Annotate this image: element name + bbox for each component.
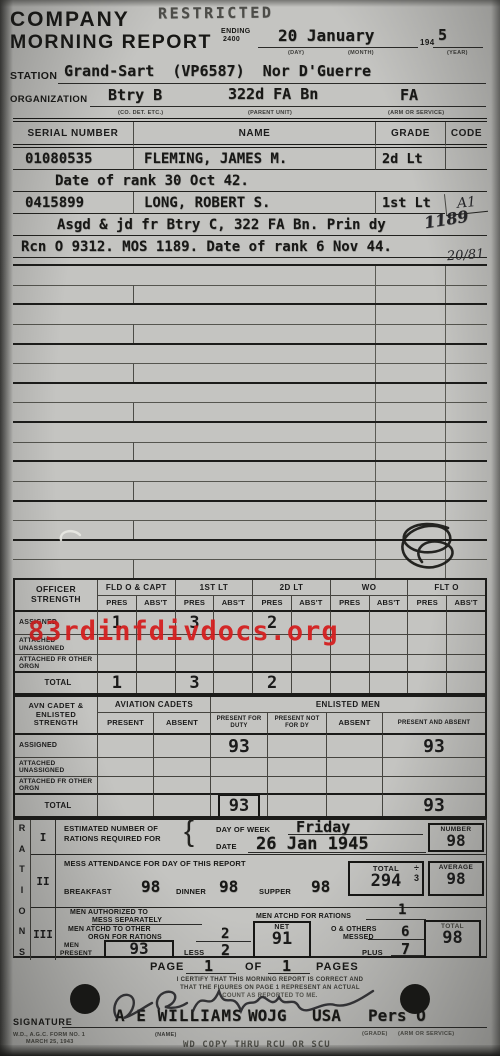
roster-header-grade: GRADE [375, 122, 445, 148]
mess-attendance-title: MESS ATTENDANCE FOR DAY OF THIS REPORT [64, 859, 246, 868]
enlisted-cell [382, 776, 485, 793]
rule [391, 943, 426, 956]
side-letter: N [19, 926, 26, 936]
signature-script [105, 980, 380, 1028]
net-box: NET 91 [253, 921, 311, 958]
roster-serial: 01080535 [13, 148, 133, 170]
org-parent-caption: (PARENT UNIT) [248, 110, 292, 116]
officer-cell [446, 634, 485, 654]
ending-time: 2400 [223, 36, 240, 43]
enlisted-strength-table: AVN CADET & ENLISTED STRENGTH AVIATION C… [13, 695, 487, 818]
officer-cell [330, 654, 369, 671]
supper-label: SUPPER [259, 887, 291, 896]
enlisted-total-cell: 93 [382, 793, 485, 816]
row-attached-fr-other-label: ATTACHED FR OTHER ORGN [15, 654, 97, 671]
row-total-label: TOTAL [15, 671, 97, 693]
organization-rule [90, 90, 486, 107]
officer-cell [369, 634, 408, 654]
photo-edge-right [491, 0, 500, 1056]
month-caption: (MONTH) [348, 50, 374, 56]
col-pres: PRES [175, 595, 214, 610]
enlisted-assigned-cell [267, 733, 326, 757]
photo-edge-top [0, 0, 500, 7]
rule [366, 907, 426, 920]
side-letter: T [19, 864, 25, 874]
enlisted-total-cell: 93 [210, 793, 267, 816]
rations-total-box: TOTAL 98 [424, 920, 481, 958]
officer-total-cell [446, 671, 485, 693]
officer-assigned-cell [407, 610, 446, 634]
enlisted-cell [326, 776, 382, 793]
rule [368, 927, 426, 940]
enlisted-cell [267, 776, 326, 793]
punch-hole-right [400, 984, 430, 1014]
divide-by: 3 [414, 874, 419, 884]
ending-label: ENDING [221, 28, 251, 35]
date-rule [258, 30, 418, 48]
roster-grade: 2d Lt [375, 148, 445, 170]
rations-side-label: R A T I O N S [14, 820, 31, 960]
org-unit-caption: (CO. DET. ETC.) [118, 110, 163, 116]
roster-header-name: NAME [133, 122, 375, 148]
rule [268, 958, 310, 974]
roster-name: FLEMING, JAMES M. [133, 148, 375, 170]
rations-row-3: MEN AUTHORIZED TO MESS SEPARATELY MEN AT… [56, 907, 486, 960]
officer-group-fldo-capt: FLD O & CAPT [97, 580, 175, 595]
col-pres: PRES [330, 595, 369, 610]
section-numeral-3: III [31, 907, 56, 960]
rule [248, 836, 426, 853]
officer-group-1st-lt: 1ST LT [175, 580, 253, 595]
row-assigned-label: ASSIGNED [15, 733, 97, 757]
breakfast-value: 98 [141, 877, 160, 896]
side-letter: O [18, 906, 25, 916]
roster-note: Date of rank 30 Oct 42. [13, 170, 487, 192]
organization-label: ORGANIZATION [10, 94, 87, 105]
page-label: PAGE [150, 961, 184, 973]
margin-handwritten-note: 20/81 [446, 247, 484, 265]
year-caption: (YEAR) [447, 50, 468, 56]
officer-assigned-cell [446, 610, 485, 634]
ruled-row [13, 382, 487, 421]
number-box: NUMBER 98 [428, 823, 484, 852]
archive-watermark: 83rdinfdivdocs.org [28, 616, 339, 647]
pages-label: PAGES [316, 961, 359, 973]
enlisted-cell [97, 757, 153, 776]
officer-group-2d-lt: 2D LT [252, 580, 330, 595]
grade-caption: (GRADE) [362, 1031, 388, 1037]
side-letter: A [19, 844, 26, 854]
col-present: PRESENT [97, 712, 153, 733]
officer-strength-corner-label: OFFICER STRENGTH [15, 580, 97, 610]
enlisted-total-cell [326, 793, 382, 816]
officer-cell [175, 654, 214, 671]
divide-by-three: ÷ 3 [414, 864, 419, 884]
roster-note: Asgd & jd fr Btry C, 322 FA Bn. Prin dy … [13, 214, 487, 236]
roster-header-code: CODE [445, 122, 487, 148]
station-rule [58, 66, 486, 84]
col-present-for-duty: PRESENT FOR DUTY [210, 712, 267, 733]
date-label: DATE [216, 842, 237, 851]
of-label: OF [245, 961, 262, 973]
group-aviation-cadets: AVIATION CADETS [97, 697, 210, 712]
estimated-label-2: RATIONS REQUIRED FOR [64, 834, 161, 843]
enlisted-cell [326, 757, 382, 776]
men-present-box: 93 [104, 940, 174, 958]
org-arm-caption: (ARM OR SERVICE) [388, 110, 444, 116]
officer-assigned-cell [369, 610, 408, 634]
officer-group-wo: WO [330, 580, 408, 595]
dinner-value: 98 [219, 877, 238, 896]
average-value: 98 [446, 871, 465, 887]
form-title-line2: MORNING REPORT [10, 31, 212, 54]
col-abst: ABS'T [291, 595, 330, 610]
section-numeral-1: I [31, 820, 56, 854]
men-present-label2: PRESENT [60, 950, 92, 957]
officer-total-cell [213, 671, 252, 693]
men-authorized-label: MEN AUTHORIZED TO [70, 909, 148, 916]
group-enlisted-men: ENLISTED MEN [210, 697, 485, 712]
men-present-label1: MEN [64, 942, 79, 949]
officer-total-cell [369, 671, 408, 693]
enlisted-cell [153, 757, 210, 776]
roster-code [445, 148, 487, 170]
arm-caption: (ARM OR SERVICE) [398, 1031, 454, 1037]
less-value: 2 [221, 941, 230, 959]
roster-header-serial: SERIAL NUMBER [13, 122, 133, 148]
enlisted-total-cell [267, 793, 326, 816]
col-abst: ABS'T [213, 595, 252, 610]
row-total-label: TOTAL [15, 793, 97, 816]
col-pres: PRES [407, 595, 446, 610]
morning-report-document: RESTRICTED COMPANY MORNING REPORT ENDING… [0, 0, 500, 1056]
officer-total-cell: 3 [175, 671, 214, 693]
enlisted-total-cell [153, 793, 210, 816]
ruled-row [13, 264, 487, 303]
enlisted-cell [382, 757, 485, 776]
plus-label: PLUS [362, 948, 383, 957]
officer-cell [369, 654, 408, 671]
form-title-line1: COMPANY [10, 8, 130, 32]
ruled-row [13, 303, 487, 342]
enlisted-assigned-cell: 93 [382, 733, 485, 757]
officer-cell [97, 654, 136, 671]
day-caption: (DAY) [288, 50, 304, 56]
officer-cell [136, 654, 175, 671]
row-attached-fr-other-label: ATTACHED FR OTHER ORGN [15, 776, 97, 793]
dinner-label: DINNER [176, 887, 206, 896]
officer-cell [407, 634, 446, 654]
col-present-not-for-dy: PRESENT NOT FOR DY [267, 712, 326, 733]
col-absent: ABSENT [153, 712, 210, 733]
ruled-row [13, 460, 487, 499]
men-atchd-rations-label: MEN ATCHD FOR RATIONS [256, 913, 351, 920]
col-present-and-absent: PRESENT AND ABSENT [382, 712, 485, 733]
enlisted-assigned-cell [326, 733, 382, 757]
rule [288, 820, 423, 835]
mess-total-value: 294 [371, 873, 402, 890]
form-number-line1: W.D., A.G.C. FORM NO. 1 [13, 1032, 85, 1038]
punch-hole-left [70, 984, 100, 1014]
officer-cell [252, 654, 291, 671]
enlisted-cell [267, 757, 326, 776]
col-abst: ABS'T [136, 595, 175, 610]
rule [186, 958, 236, 974]
enlisted-cell [153, 776, 210, 793]
side-letter: S [19, 947, 25, 957]
enlisted-assigned-cell: 93 [210, 733, 267, 757]
roster-serial: 0415899 [13, 192, 133, 214]
officer-cell [446, 654, 485, 671]
col-absent: ABSENT [326, 712, 382, 733]
mess-total-box: TOTAL 294 [348, 861, 424, 896]
name-caption: (NAME) [155, 1032, 177, 1038]
col-pres: PRES [252, 595, 291, 610]
supper-value: 98 [311, 877, 330, 896]
ruled-row [13, 343, 487, 382]
enlisted-assigned-cell [153, 733, 210, 757]
estimated-label-1: ESTIMATED NUMBER OF [64, 824, 158, 833]
officer-total-cell [330, 671, 369, 693]
day-of-week-label: DAY OF WEEK [216, 825, 270, 834]
rations-row-1: ESTIMATED NUMBER OF RATIONS REQUIRED FOR… [56, 820, 486, 854]
brace-glyph: { [184, 815, 194, 849]
roster-note-text: Asgd & jd fr Btry C, 322 FA Bn. Prin dy [57, 217, 386, 233]
col-pres: PRES [97, 595, 136, 610]
rations-section: R A T I O N S I ESTIMATED NUMBER OF RATI… [13, 818, 487, 958]
officer-total-cell [291, 671, 330, 693]
officer-total-cell [136, 671, 175, 693]
net-value: 91 [272, 931, 292, 948]
pen-scribble [368, 516, 466, 580]
row-attached-unassigned-label: ATTACHED UNASSIGNED [15, 757, 97, 776]
year-rule [433, 30, 483, 48]
rations-row-2: MESS ATTENDANCE FOR DAY OF THIS REPORT B… [56, 854, 486, 907]
col-abst: ABS'T [369, 595, 408, 610]
enlisted-cell [210, 757, 267, 776]
average-box: AVERAGE 98 [428, 861, 484, 896]
men-atchd-other-label1: MEN ATCHD TO OTHER [68, 926, 151, 933]
officer-total-cell [407, 671, 446, 693]
roster-table: SERIAL NUMBER NAME GRADE CODE 01080535 F… [13, 118, 487, 258]
enlisted-cell [97, 776, 153, 793]
officer-cell [213, 654, 252, 671]
enlisted-cell [210, 776, 267, 793]
side-letter: R [19, 823, 26, 833]
number-value: 98 [446, 833, 465, 849]
less-label: LESS [184, 948, 204, 957]
men-present-value: 93 [129, 941, 148, 957]
officer-total-cell: 2 [252, 671, 291, 693]
enlisted-corner-label: AVN CADET & ENLISTED STRENGTH [15, 697, 97, 733]
officer-group-flt-o: FLT O [407, 580, 485, 595]
roster-name: LONG, ROBERT S. [133, 192, 375, 214]
breakfast-label: BREAKFAST [64, 887, 112, 896]
white-pencil-mark [56, 526, 86, 548]
photo-edge-bottom [0, 1045, 500, 1056]
col-abst: ABS'T [446, 595, 485, 610]
photo-edge-left [0, 0, 13, 1056]
roster-note: Rcn O 9312. MOS 1189. Date of rank 6 Nov… [13, 236, 487, 258]
side-letter: I [21, 885, 24, 895]
officer-cell [291, 654, 330, 671]
boxed-total-value: 93 [218, 794, 260, 817]
station-label: STATION [10, 70, 57, 82]
rations-total-value: 98 [442, 930, 462, 947]
officer-total-cell: 1 [97, 671, 136, 693]
enlisted-assigned-cell [97, 733, 153, 757]
section-numeral-2: II [31, 854, 56, 907]
enlisted-total-cell [97, 793, 153, 816]
mess-separately-label: MESS SEPARATELY [92, 917, 202, 925]
officer-cell [407, 654, 446, 671]
ruled-row [13, 421, 487, 460]
